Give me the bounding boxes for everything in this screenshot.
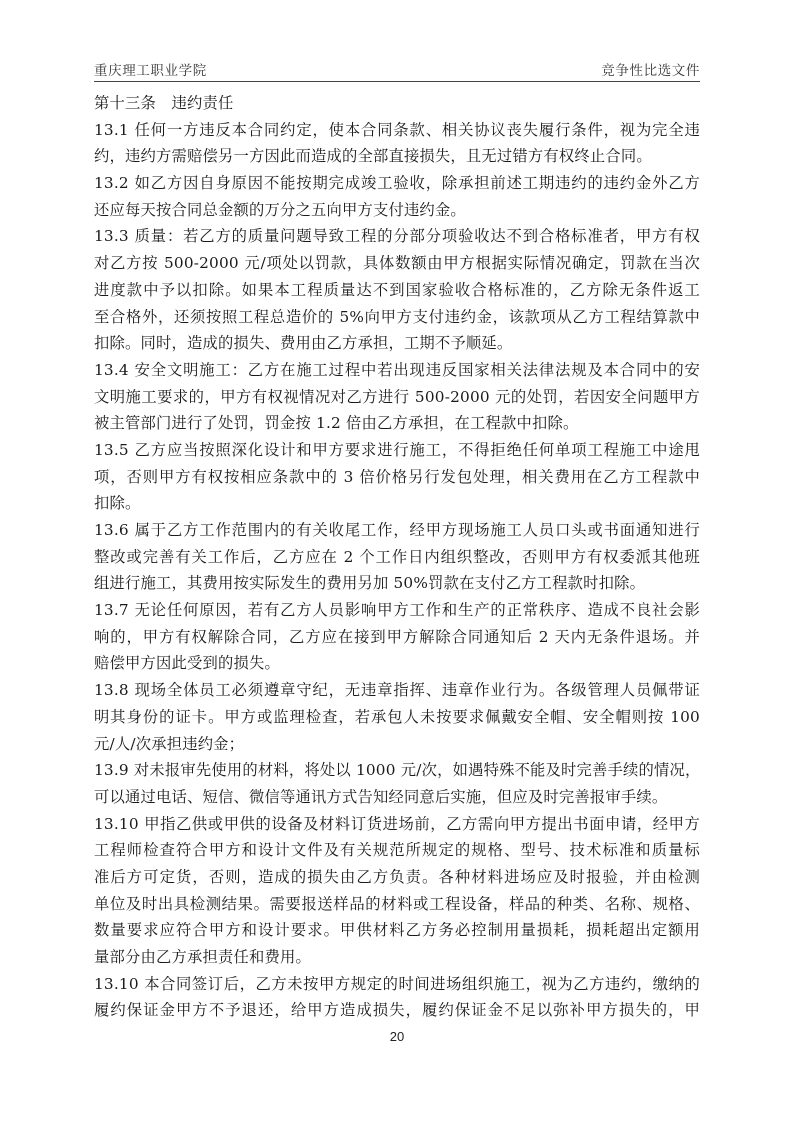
text-line: 对乙方按 500-2000 元/项处以罚款，具体数额由甲方根据实际情况确定，罚款… [94, 250, 700, 277]
text-line: 进度款中予以扣除。如果本工程质量达不到国家验收合格标准的，乙方除无条件返工 [94, 277, 700, 304]
clause-text: 13.1 任何一方违反本合同约定，使本合同条款、相关协议丧失履行条件，视为完全违… [94, 117, 700, 1024]
page-body: 第十三条 违约责任 13.1 任何一方违反本合同约定，使本合同条款、相关协议丧失… [94, 90, 700, 1024]
text-line: 13.10 甲指乙供或甲供的设备及材料订货进场前，乙方需向甲方提出书面申请，经甲… [94, 811, 700, 838]
text-line: 还应每天按合同总金额的万分之五向甲方支付违约金。 [94, 197, 700, 224]
text-line: 整改或完善有关工作后，乙方应在 2 个工作日内组织整改，否则甲方有权委派其他班 [94, 544, 700, 571]
text-line: 被主管部门进行了处罚，罚金按 1.2 倍由乙方承担，在工程款中扣除。 [94, 410, 700, 437]
text-line: 13.4 安全文明施工：乙方在施工过程中若出现违反国家相关法律法规及本合同中的安 [94, 357, 700, 384]
text-line: 工程师检查符合甲方和设计文件及有关规范所规定的规格、型号、技术标准和质量标 [94, 837, 700, 864]
text-line: 文明施工要求的，甲方有权视情况对乙方进行 500-2000 元的处罚，若因安全问… [94, 384, 700, 411]
text-line: 13.5 乙方应当按照深化设计和甲方要求进行施工，不得拒绝任何单项工程施工中途甩 [94, 437, 700, 464]
text-line: 13.1 任何一方违反本合同约定，使本合同条款、相关协议丧失履行条件，视为完全违 [94, 117, 700, 144]
text-line: 响的，甲方有权解除合同，乙方应在接到甲方解除合同通知后 2 天内无条件退场。并 [94, 624, 700, 651]
text-line: 准后方可定货，否则，造成的损失由乙方负责。各种材料进场应及时报验，并由检测 [94, 864, 700, 891]
text-line: 13.2 如乙方因自身原因不能按期完成竣工验收，除承担前述工期违约的违约金外乙方 [94, 170, 700, 197]
text-line: 13.6 属于乙方工作范围内的有关收尾工作，经甲方现场施工人员口头或书面通知进行 [94, 517, 700, 544]
page-header: 重庆理工职业学院 竞争性比选文件 [94, 58, 700, 82]
section-title: 第十三条 违约责任 [94, 90, 700, 117]
text-line: 量部分由乙方承担责任和费用。 [94, 944, 700, 971]
text-line: 单位及时出具检测结果。需要报送样品的材料或工程设备，样品的种类、名称、规格、 [94, 891, 700, 918]
text-line: 扣除。同时，造成的损失、费用由乙方承担，工期不予顺延。 [94, 330, 700, 357]
text-line: 元/人/次承担违约金； [94, 731, 700, 758]
text-line: 13.7 无论任何原因，若有乙方人员影响甲方工作和生产的正常秩序、造成不良社会影 [94, 597, 700, 624]
text-line: 项，否则甲方有权按相应条款中的 3 倍价格另行发包处理，相关费用在乙方工程款中 [94, 464, 700, 491]
text-line: 赔偿甲方因此受到的损失。 [94, 650, 700, 677]
text-line: 13.9 对未报审先使用的材料，将处以 1000 元/次，如遇特殊不能及时完善手… [94, 757, 700, 784]
header-document-type: 竞争性比选文件 [601, 59, 700, 79]
text-line: 13.10 本合同签订后，乙方未按甲方规定的时间进场组织施工，视为乙方违约，缴纳… [94, 971, 700, 998]
text-line: 组进行施工，其费用按实际发生的费用另加 50%罚款在支付乙方工程款时扣除。 [94, 570, 700, 597]
text-line: 数量要求应符合甲方和设计要求。甲供材料乙方务必控制用量损耗，损耗超出定额用 [94, 917, 700, 944]
text-line: 履约保证金甲方不予退还，给甲方造成损失，履约保证金不足以弥补甲方损失的，甲 [94, 997, 700, 1024]
page-number: 20 [0, 1029, 794, 1044]
text-line: 扣除。 [94, 490, 700, 517]
text-line: 可以通过电话、短信、微信等通讯方式告知经同意后实施，但应及时完善报审手续。 [94, 784, 700, 811]
text-line: 13.3 质量：若乙方的质量问题导致工程的分部分项验收达不到合格标准者，甲方有权 [94, 223, 700, 250]
text-line: 约，违约方需赔偿另一方因此而造成的全部直接损失，且无过错方有权终止合同。 [94, 143, 700, 170]
header-organization: 重庆理工职业学院 [94, 59, 207, 79]
text-line: 明其身份的证卡。甲方或监理检查，若承包人未按要求佩戴安全帽、安全帽则按 100 [94, 704, 700, 731]
text-line: 13.8 现场全体员工必须遵章守纪，无违章指挥、违章作业行为。各级管理人员佩带证 [94, 677, 700, 704]
text-line: 至合格外，还须按照工程总造价的 5%向甲方支付违约金，该款项从乙方工程结算款中 [94, 304, 700, 331]
